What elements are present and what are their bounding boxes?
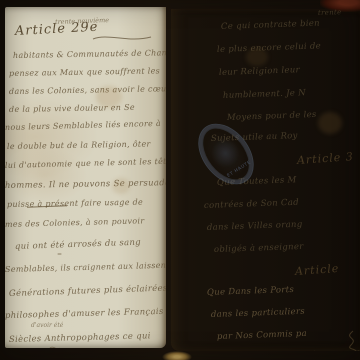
manuscript-line: Que Dans les Ports — [207, 286, 294, 298]
manuscript-line: dans les Villes orang — [207, 221, 303, 233]
manuscript-line: dans les Colonies, sans avoir le cœur — [9, 85, 166, 96]
left-flourish — [35, 345, 61, 348]
manuscript-line: Siècles Anthropophages ce qui — [9, 332, 151, 344]
manuscript-line: habitants & Communautés de Champagne — [13, 49, 166, 60]
manuscript-line: Semblables, ils craignent aux laissent — [5, 262, 166, 274]
left-page: trente neuvième Article 29e habitants & … — [5, 7, 166, 348]
manuscript-line: leur Religion leur — [219, 66, 300, 77]
manuscript-line: mes des Colonies, à son pouvoir — [5, 217, 145, 229]
manuscript-line: par Nos Commis pa — [217, 330, 307, 342]
left-page-heading: Article 29e — [15, 21, 99, 38]
manuscript-line: hommes. Il ne pouvons Se persuader — [5, 179, 166, 190]
manuscript-line: nous leurs Semblables liés encore à — [5, 120, 161, 132]
manuscript-line: humblement. Je N — [223, 89, 306, 100]
manuscript-line: le double but de la Religion, ôter — [7, 140, 151, 151]
manuscript-line: Ce qui contraste bien — [221, 20, 320, 32]
manuscript-photo: trente neuvième Article 29e habitants & … — [0, 0, 360, 360]
manuscript-line: contrées de Son Cad — [204, 199, 299, 211]
manuscript-line: le plus encore celui de — [217, 42, 321, 54]
manuscript-line: qui ont été arrosés du sang — [15, 239, 141, 252]
signature-flourish — [303, 329, 360, 351]
paper-stain — [318, 112, 342, 134]
right-header-fragment: trente — [318, 9, 342, 17]
manuscript-line: Générations futures plus éclairées — [9, 284, 166, 298]
right-heading-article-3: Article — [295, 263, 340, 277]
paper-stain — [112, 178, 130, 194]
manuscript-line: lui d'autonomie que ne le sont les têtes — [5, 158, 166, 170]
right-heading-article-2: Article 3 — [297, 151, 354, 166]
manuscript-line: philosophes d'amuser les Français — [5, 308, 164, 321]
heading-flourish — [93, 33, 153, 43]
manuscript-line: obligés à enseigner — [214, 243, 304, 255]
book-edge-detail — [162, 351, 192, 360]
insertion-caret: = — [57, 252, 62, 258]
interline-insertion: d'avoir été — [31, 323, 63, 329]
manuscript-line: Moyens pour de les — [227, 111, 317, 123]
paper-stain — [246, 48, 268, 66]
manuscript-line: pensez aux Maux que souffrent les — [9, 67, 160, 78]
paper-stain — [96, 86, 122, 108]
manuscript-line: dans les particuliers — [211, 308, 305, 320]
